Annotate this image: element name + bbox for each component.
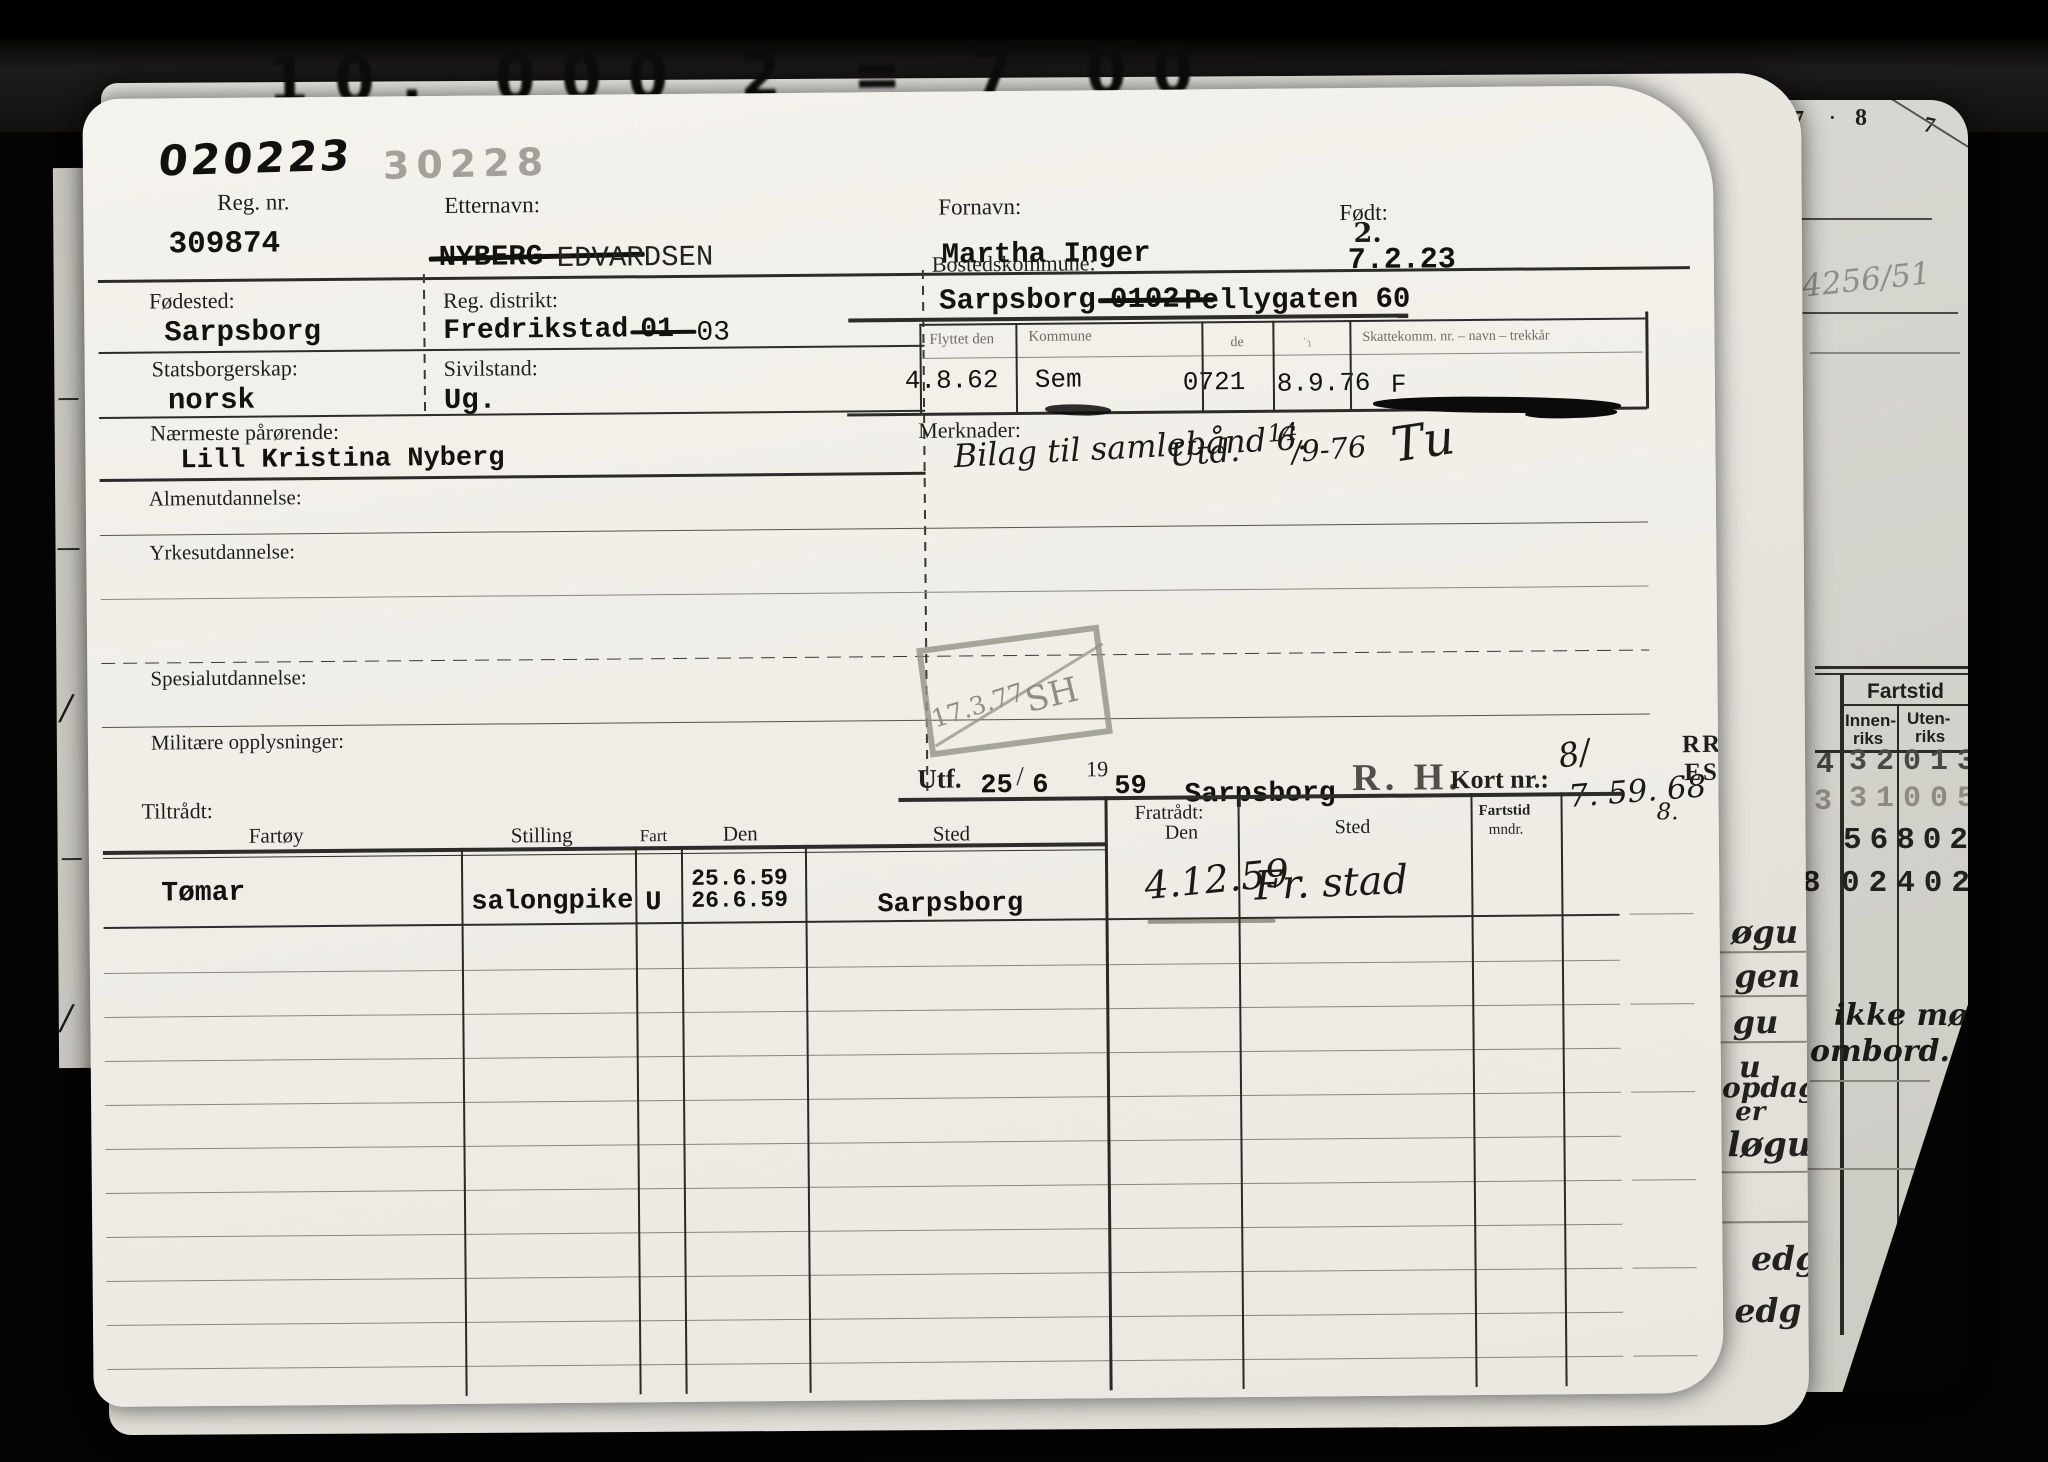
edge-line — [1810, 352, 1960, 354]
flytte-col — [1201, 321, 1204, 412]
empty-row-line — [105, 1092, 1621, 1106]
cursive-fragment: edg — [1751, 1239, 1809, 1278]
utf-label: Utf. — [917, 763, 962, 794]
edge-dash — [1810, 1080, 1930, 1082]
flytte-col — [1349, 320, 1352, 411]
fragment-underline — [1720, 1171, 1808, 1173]
empty-row-line — [106, 1180, 1622, 1194]
bostedskommune-label: Bostedskommune: — [932, 250, 1096, 277]
fornavn-label: Fornavn: — [938, 194, 1021, 221]
flytte-h-flyttet: Flyttet den — [929, 331, 994, 349]
fartstid-top-line2 — [1815, 673, 1968, 675]
fragment-underline — [1719, 1041, 1807, 1043]
utf-century: 19 — [1086, 756, 1108, 782]
crew-h-mndr: mndr. — [1489, 822, 1524, 839]
crew-col — [635, 846, 642, 1394]
fodested-value: Sarpsborg — [164, 315, 321, 349]
archive-ref: 4256/51 — [1800, 255, 1932, 304]
etternavn-value: EDVARDSEN — [557, 241, 714, 275]
stamp-date: 17.3.77 — [928, 677, 1028, 733]
handwritten-note-2: ombord. — [1810, 1034, 1950, 1069]
sliver-mark: ∕ — [60, 688, 72, 728]
flytte-dato-value: 8.9.76 — [1277, 368, 1371, 399]
crew-h-fartoy: Fartøy — [249, 823, 304, 848]
crew-col — [681, 846, 688, 1394]
fragment-underline — [1720, 1221, 1808, 1223]
crew-col — [1104, 796, 1112, 1390]
bostedskommune-value: Sarpsborg — [939, 283, 1096, 317]
cursive-fragment: gu — [1733, 1003, 1779, 1041]
sivilstand-value: Ug. — [444, 384, 497, 417]
fartstid-row-value: 32013 — [1849, 745, 1968, 779]
empty-row-line — [104, 1004, 1620, 1018]
empty-row-line — [105, 1048, 1621, 1062]
margin-dash — [1630, 1003, 1694, 1005]
faint-stamp-number: 30228 — [382, 140, 550, 188]
kort-nr-hw-tail: 8. — [1656, 799, 1678, 825]
fartstid-row-value: 31005 — [1849, 782, 1968, 816]
registration-card: 020223 30228 Reg. nr. Etternavn: Fornavn… — [82, 85, 1723, 1407]
fartstid-title: Fartstid — [1867, 680, 1944, 704]
rrf-mark: RRF — [1682, 731, 1724, 759]
crew-sted: Sarpsborg — [877, 889, 1023, 920]
reg-nr-value: 309874 — [168, 226, 280, 262]
kort-nr-hw-top: 8/ — [1555, 732, 1594, 776]
cursive-fragment: øgu — [1731, 913, 1798, 951]
utenriks-header: Uten- — [1907, 709, 1950, 729]
cursive-fragment: gen — [1734, 957, 1800, 995]
militare-label: Militære opplysninger: — [151, 729, 344, 756]
cursive-fragment: løgu — [1727, 1125, 1809, 1166]
merknader-signature: Tu — [1388, 409, 1459, 474]
almen-label: Almenutdannelse: — [149, 485, 302, 511]
crew-fra-sted: Fr. stad — [1253, 857, 1409, 910]
cursive-fragment: er — [1735, 1097, 1765, 1127]
fodested-label: Fødested: — [149, 288, 235, 315]
flytte-header-dash — [923, 352, 1643, 359]
flytte-h-kommune: Kommune — [1028, 328, 1091, 346]
statsborgerskap-label: Statsborgerskap: — [152, 355, 298, 382]
crew-h-fra-den: Den — [1165, 821, 1199, 844]
sliver-dash — [58, 548, 80, 550]
ruler-dot: · — [1828, 103, 1837, 133]
flytte-col — [1272, 321, 1275, 412]
flytte-h-skatt: Skattekomm. nr. – navn – trekkår — [1362, 328, 1549, 346]
sliver-dash — [62, 858, 82, 860]
merknader-note2-rest: /9-76 — [1290, 429, 1367, 469]
flytte-col — [1015, 323, 1018, 414]
corner-number: 020223 — [156, 131, 354, 186]
spesial-label: Spesialutdannelse: — [150, 665, 307, 691]
utf-sep: / — [1016, 761, 1024, 792]
stamp-initials: SH — [1021, 670, 1082, 721]
crew-col — [1470, 793, 1477, 1387]
tiltradt-label: Tiltrådt: — [141, 798, 213, 825]
parorende-label: Nærmeste pårørende: — [150, 419, 339, 447]
column-divider — [423, 274, 426, 414]
redaction-smudge — [1045, 404, 1111, 417]
statsborgerskap-value: norsk — [168, 384, 255, 418]
crew-h-fartstid: Fartstid — [1479, 803, 1531, 820]
yrkes-label: Yrkesutdannelse: — [149, 539, 295, 565]
ledger-line — [101, 649, 1649, 664]
flytte-col — [1645, 311, 1648, 408]
bostedskommune-address: Pellygaten 60 — [1184, 283, 1411, 318]
crew-stilling: salongpike — [471, 886, 633, 917]
edge-line — [1790, 312, 1958, 314]
crew-h-fart: Fart — [640, 826, 668, 846]
flytte-kommune-value: Sem — [1035, 364, 1082, 394]
crew-fartoy: Tømar — [161, 878, 245, 910]
margin-dash — [1633, 1355, 1697, 1357]
empty-row-line — [107, 1268, 1623, 1282]
margin-dash — [1631, 1091, 1695, 1093]
fodt-value: 7.2.23 — [1348, 243, 1456, 278]
crew-col — [805, 845, 812, 1393]
es-mark: ES — [1684, 759, 1719, 787]
ledger-line — [101, 585, 1649, 600]
parorende-value: Lill Kristina Nyberg — [180, 443, 504, 476]
crew-h-fra-sted: Sted — [1335, 816, 1371, 839]
margin-dash — [1629, 913, 1693, 915]
margin-dash — [1633, 1267, 1697, 1269]
merknader-note2: Utd. — [1168, 431, 1241, 474]
fragment-underline — [1718, 995, 1806, 997]
etternavn-label: Etternavn: — [444, 192, 540, 219]
date-stamp-box: 17.3.77 SH — [916, 624, 1113, 757]
reg-distrikt-label: Reg. distrikt: — [443, 287, 558, 314]
innenriks-header: Innen- — [1845, 711, 1896, 731]
fartstid-title-underline — [1843, 704, 1968, 706]
cursive-fragment: edg — [1734, 1291, 1801, 1330]
crew-col — [461, 848, 468, 1396]
crew-den2: 26.6.59 — [691, 887, 788, 914]
empty-row-line — [104, 960, 1620, 974]
sliver-dash — [58, 398, 78, 400]
kort-nr-label: Kort nr.: — [1450, 764, 1549, 795]
fartstid-top-line — [1815, 666, 1968, 669]
fartstid-row-value: 02402 — [1841, 866, 1968, 901]
margin-dash — [1632, 1179, 1696, 1181]
ledger-line — [102, 713, 1650, 728]
handwritten-note-1: ikke møt — [1834, 998, 1968, 1033]
fartstid-row-value: 56802 — [1843, 823, 1968, 858]
empty-row-line — [105, 1136, 1621, 1150]
sivilstand-label: Sivilstand: — [444, 355, 538, 382]
crew-h-den: Den — [723, 821, 758, 846]
reg-distrikt-corrected: 03 — [696, 317, 730, 348]
empty-row-line — [107, 1312, 1623, 1326]
edge-dash — [1805, 1168, 1915, 1170]
flytte-h-blank-mark: ˙ɿ — [1302, 334, 1311, 350]
fartstid-row-lead: 4 — [1816, 748, 1834, 782]
reg-distrikt-value: Fredrikstad — [443, 314, 628, 347]
utenriks-header2: riks — [1915, 727, 1945, 747]
distrikt-strike-bar — [630, 330, 696, 335]
crew-row-line — [104, 914, 1620, 929]
crew-col — [1560, 792, 1567, 1386]
edge-line — [1780, 218, 1932, 220]
flytte-h-kode: de — [1230, 335, 1243, 351]
empty-row-line — [107, 1356, 1623, 1370]
reg-nr-label: Reg. nr. — [217, 189, 289, 216]
ledger-line — [100, 521, 1648, 536]
crew-h-stilling: Stilling — [511, 823, 573, 849]
crew-fart: U — [645, 888, 661, 918]
photo-canvas: ∕ ∕ 5 · 6 · 7 · 8 7 4256/51 Fartstid — [0, 0, 2048, 1462]
sliver-mark: ∕ — [61, 998, 73, 1038]
fartstid-row-lead: 3 — [1814, 785, 1832, 819]
flytte-kode-value: 0721 — [1183, 367, 1246, 398]
flytte-mark-value: F — [1391, 370, 1407, 400]
ruler-mark: 8 — [1855, 105, 1867, 132]
empty-row-line — [106, 1224, 1622, 1238]
fragment-underline — [1718, 951, 1806, 953]
